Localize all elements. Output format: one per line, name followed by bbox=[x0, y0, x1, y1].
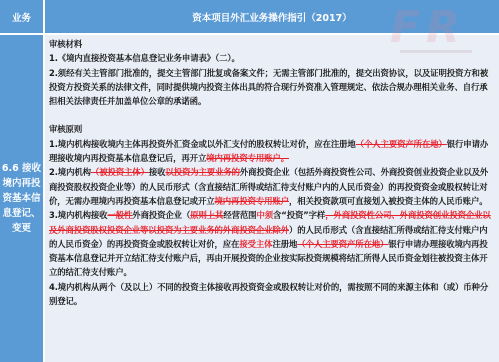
materials-list: 1.《境内直接投资基本信息登记业务申请表》（二）。2.须经有关主管部门批准的，提… bbox=[49, 51, 495, 108]
body-text: 接收 bbox=[149, 167, 166, 177]
highlighted-text: 中须 bbox=[256, 210, 273, 220]
material-item: 2.须经有关主管部门批准的，提交主管部门批复或备案文件；无需主管部门批准的，提交… bbox=[49, 66, 495, 109]
header-business-label: 业务 bbox=[0, 0, 45, 33]
section-gap bbox=[49, 108, 495, 122]
body-text: 4.境内机构从两个（及以上）不同的投资主体接收再投资资金或股权转让对价的，需按照… bbox=[49, 282, 488, 306]
content-cell: 审核材料 1.《境内直接投资基本信息登记业务申请表》（二）。2.须经有关主管部门… bbox=[45, 35, 499, 362]
header-title: 资本项目外汇业务操作指引（2017） bbox=[45, 0, 499, 33]
table-header: 业务 资本项目外汇业务操作指引（2017） bbox=[0, 0, 499, 33]
guide-table: 业务 资本项目外汇业务操作指引（2017） 6.6 接收境内再投资基本信息登记、… bbox=[0, 0, 499, 362]
principle-item: 3.境内机构接收一般性外商投资企业（原则上其经营范围中须含“投资”字样，外商投资… bbox=[49, 208, 495, 279]
body-text: 含“投资”字样 bbox=[273, 210, 325, 220]
body-text: 2.须经有关主管部门批准的，提交主管部门批复或备案文件；无需主管部门批准的，提交… bbox=[49, 68, 488, 107]
business-cell: 6.6 接收境内再投资基本信息登记、变更 bbox=[0, 35, 45, 362]
body-text: 注册地 bbox=[272, 239, 297, 249]
deleted-text: （个人主要资产所在地） bbox=[356, 139, 447, 149]
business-label: 6.6 接收境内再投资基本信息登记、变更 bbox=[2, 161, 42, 236]
body-text: 2.境内机构 bbox=[49, 167, 91, 177]
body-text: 1.境内机构接收境内主体再投资外汇资金或以外汇支付的股权转让对价，应在注册地 bbox=[49, 139, 356, 149]
deleted-text: （个人主要资产所在地） bbox=[297, 239, 388, 249]
principle-item: 4.境内机构从两个（及以上）不同的投资主体接收再投资资金或股权转让对价的，需按照… bbox=[49, 280, 495, 309]
body-text: 经营范围 bbox=[223, 210, 256, 220]
content-text: 审核材料 1.《境内直接投资基本信息登记业务申请表》（二）。2.须经有关主管部门… bbox=[49, 37, 495, 308]
principle-item: 1.境内机构接收境内主体再投资外汇资金或以外汇支付的股权转让对价，应在注册地（个… bbox=[49, 137, 495, 166]
deleted-text: 境内再投资专用账户。 bbox=[206, 153, 289, 163]
materials-title: 审核材料 bbox=[49, 37, 495, 51]
deleted-text: （被投资主体） bbox=[91, 167, 149, 177]
principle-item: 2.境内机构（被投资主体）接收以投资为主要业务的外商投资企业（包括外商投资性公司… bbox=[49, 165, 495, 208]
deleted-text: 一般性 bbox=[107, 210, 132, 220]
highlighted-text: 接受主体 bbox=[239, 239, 272, 249]
body-text: 3.境内机构接收 bbox=[49, 210, 107, 220]
body-text: 外商投资企业（ bbox=[132, 210, 190, 220]
deleted-text: 境内再投资专用账户 bbox=[215, 196, 289, 206]
deleted-text: 以投资为主要业务的 bbox=[165, 167, 239, 177]
body-text: 1.《境内直接投资基本信息登记业务申请表》（二）。 bbox=[49, 53, 240, 63]
body-text: ，相关投资款项可直接划入被投资主体的人民币账户。 bbox=[289, 196, 488, 206]
principles-title: 审核原则 bbox=[49, 122, 495, 136]
material-item: 1.《境内直接投资基本信息登记业务申请表》（二）。 bbox=[49, 51, 495, 65]
principles-list: 1.境内机构接收境内主体再投资外汇资金或以外汇支付的股权转让对价，应在注册地（个… bbox=[49, 137, 495, 309]
deleted-text: 原则上其 bbox=[190, 210, 223, 220]
